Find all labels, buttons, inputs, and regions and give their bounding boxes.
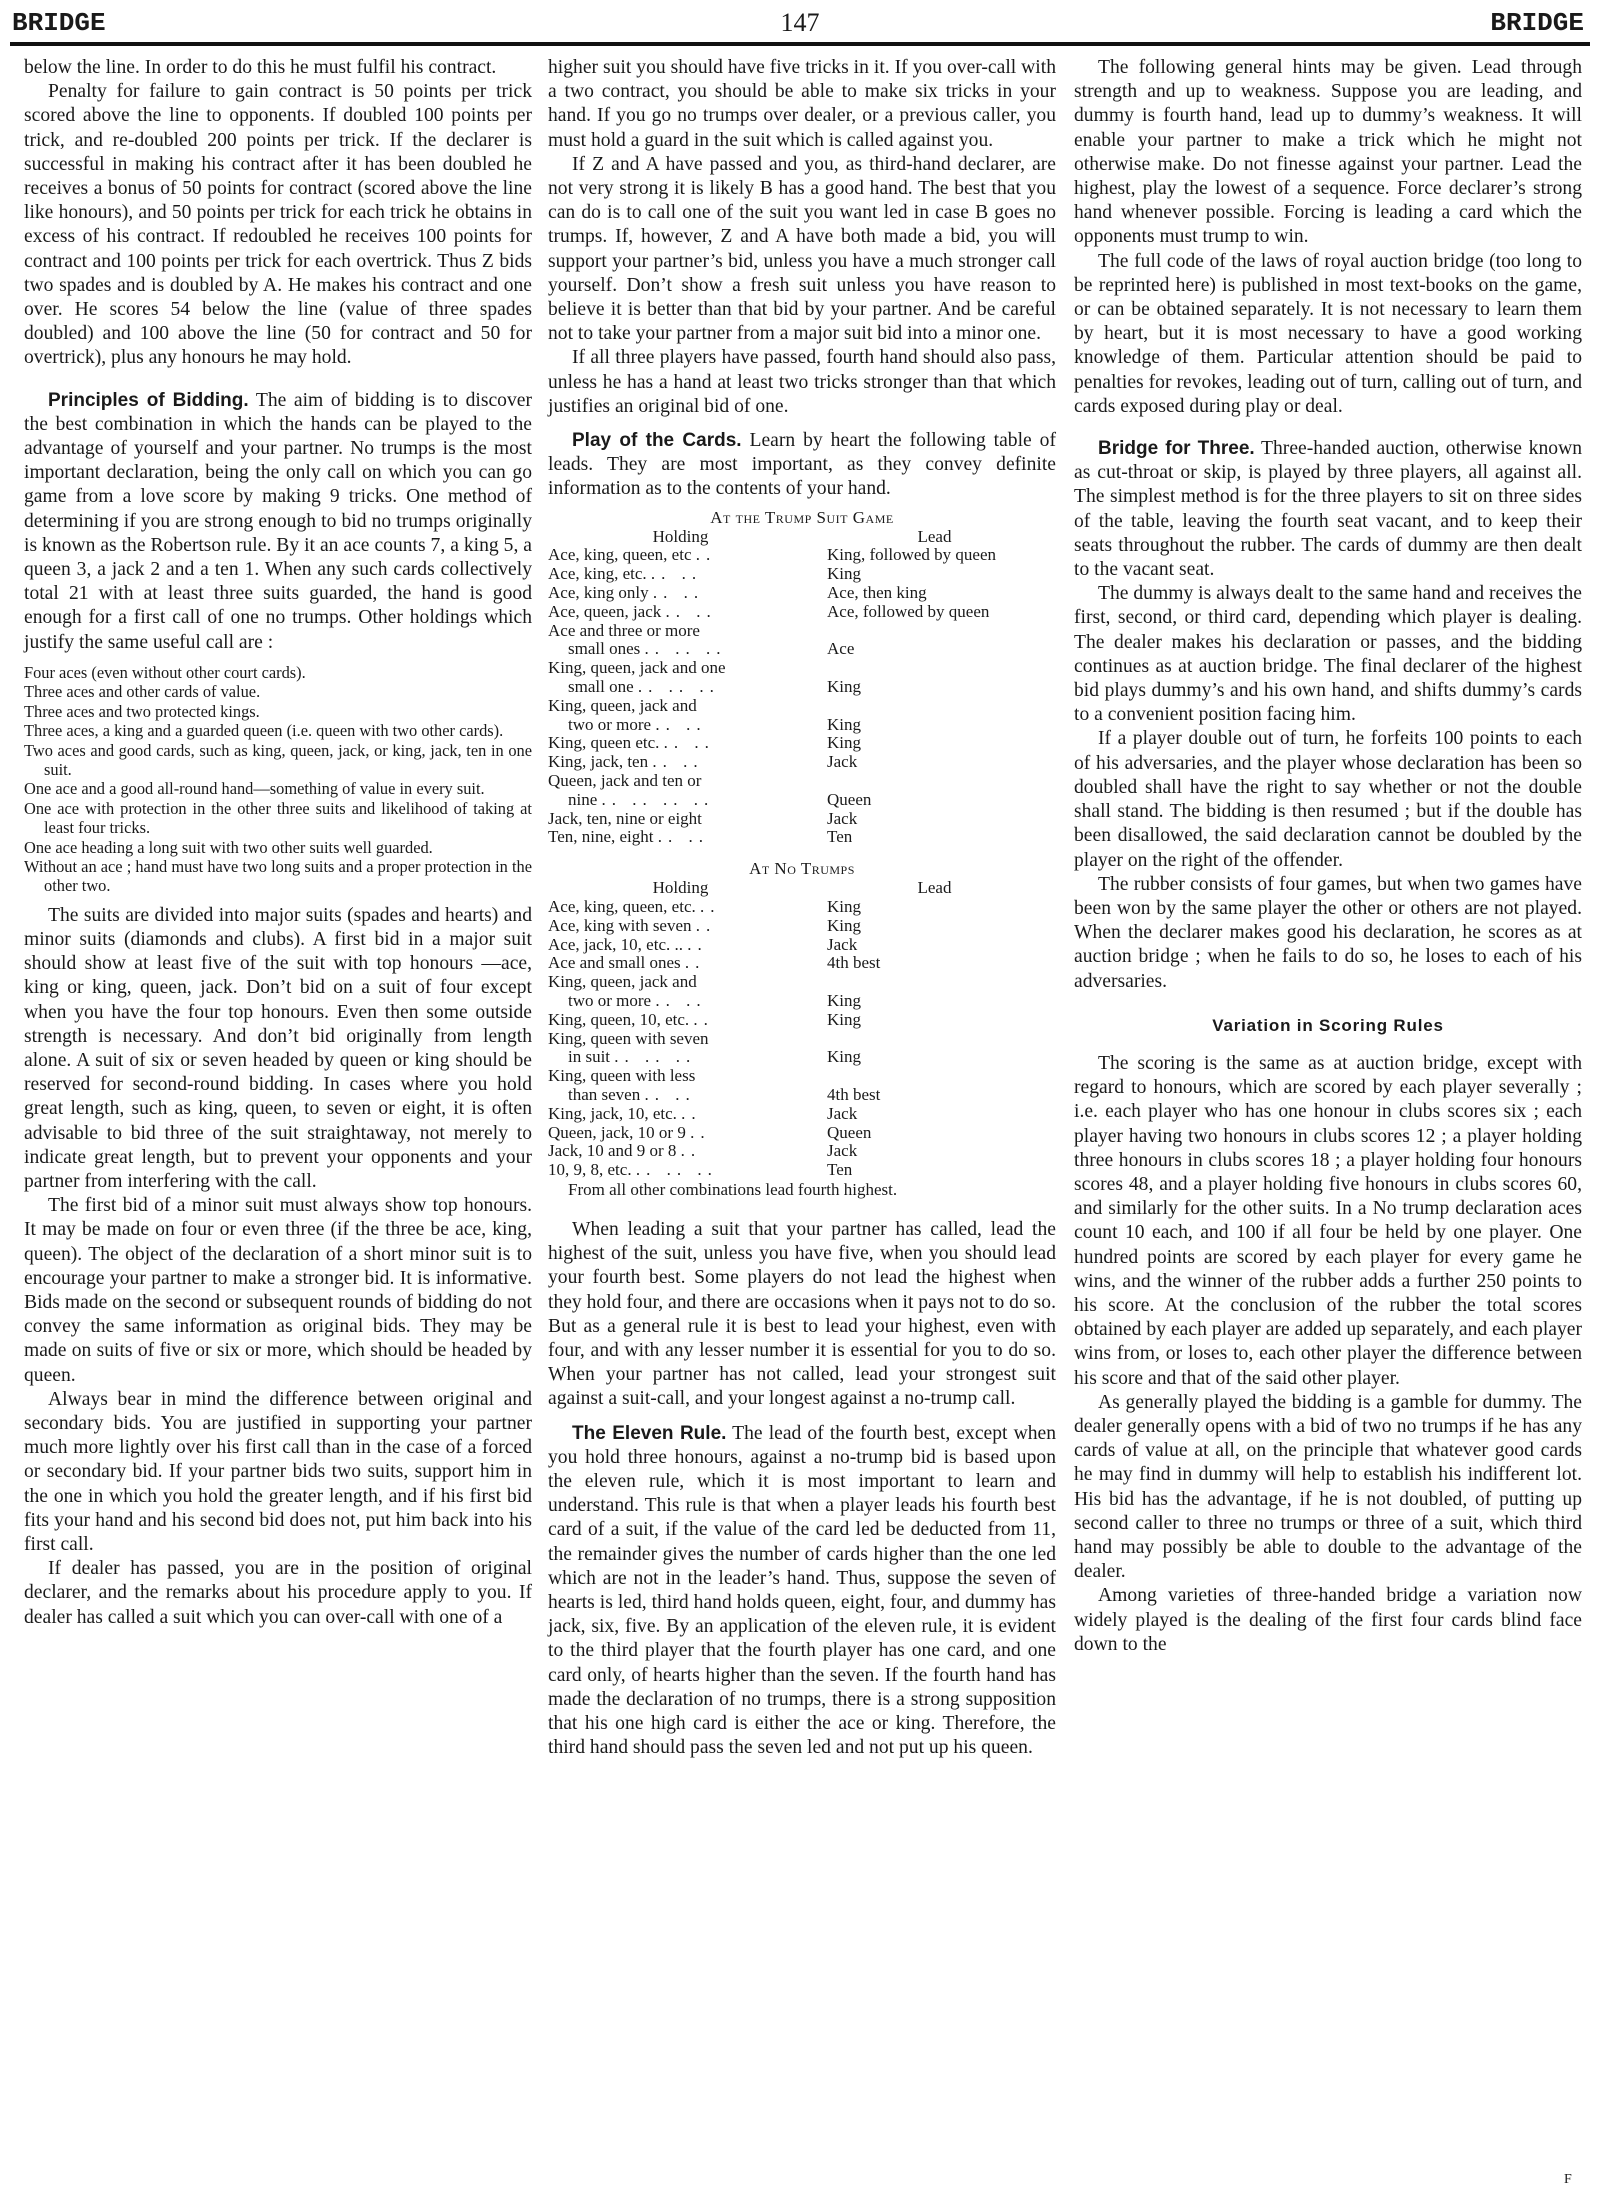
holding-continuation: small ones [548,639,640,658]
column-header-holding: Holding [548,879,813,898]
lead-cell: Ten [813,828,1056,847]
lead-cell: King [813,917,1056,936]
table-row: Ace, queen, jack .. ..Ace, followed by q… [548,603,1056,622]
holding-continuation: in suit [548,1047,610,1066]
lead-cell: Jack [813,936,1056,955]
table-row: King, queen with lessthan seven .. ..4th… [548,1067,1056,1105]
paragraph-minor-suit: The first bid of a minor suit must alway… [24,1194,532,1388]
table-row: King, queen, 10, etc. ..King [548,1011,1056,1030]
holding-cell: Ace, king, queen, etc. [548,897,696,916]
table-row: Jack, ten, nine or eightJack [548,810,1056,829]
paragraph-double-out-of-turn: If a player double out of turn, he forfe… [1074,727,1582,872]
table-row: Ace, king with seven ..King [548,917,1056,936]
section-play-of-the-cards: Play of the Cards. Learn by heart the fo… [548,429,1056,502]
subheading-scoring-rules: Variation in Scoring Rules [1074,1014,1582,1038]
paragraph-scoring: The scoring is the same as at auction br… [1074,1052,1582,1391]
table-row: Ace and three or moresmall ones .. .. ..… [548,622,1056,660]
holding-cell: King, queen, 10, etc. [548,1010,689,1029]
holding-cell: 10, 9, 8, etc. [548,1160,632,1179]
section-heading: Play of the Cards. [572,430,742,451]
paragraph-fourth-hand: If all three players have passed, fourth… [548,346,1056,419]
table-row: King, queen, jack and onesmall one .. ..… [548,659,1056,697]
paragraph-dummy: The dummy is always dealt to the same ha… [1074,582,1582,727]
table-row: King, queen, jack andtwo or more .. ..Ki… [548,697,1056,735]
list-item: Without an ace ; hand must have two long… [24,857,532,896]
table-row: Ace, king, queen, etc ..King, followed b… [548,546,1056,565]
paragraph-penalty: Penalty for failure to gain contract is … [24,80,532,370]
lead-cell: King [813,1011,1056,1030]
paragraph-general-hints: The following general hints may be given… [1074,56,1582,250]
section-eleven-rule: The Eleven Rule. The lead of the fourth … [548,1422,1056,1761]
holding-continuation: small one [548,677,634,696]
section-text: The lead of the fourth best, except when… [548,1423,1056,1759]
table-row: King, queen, jack andtwo or more .. ..Ki… [548,973,1056,1011]
list-item: Three aces and other cards of value. [24,682,532,701]
lead-cell: King [813,973,1056,1011]
holdings-list: Four aces (even without other court card… [24,663,532,896]
holding-cell: Queen, jack and ten or [548,771,701,790]
holding-continuation: nine [548,790,597,809]
lead-cell: King [813,1030,1056,1068]
lead-cell: Jack [813,1142,1056,1161]
paragraph: higher suit you should have five tricks … [548,56,1056,153]
lead-cell: King [813,697,1056,735]
lead-cell: King, followed by queen [813,546,1056,565]
paragraph-laws: The full code of the laws of royal aucti… [1074,250,1582,419]
paragraph-dealer-passed: If dealer has passed, you are in the pos… [24,1557,532,1630]
page-number: 147 [781,8,820,38]
list-item: Three aces and two protected kings. [24,702,532,721]
list-item: Three aces, a king and a guarded queen (… [24,721,532,740]
holding-cell: Jack, 10 and 9 or 8 [548,1141,676,1160]
holding-cell: Queen, jack, 10 or 9 [548,1123,686,1142]
section-bridge-for-three: Bridge for Three. Three-handed auction, … [1074,437,1582,582]
section-text: The aim of bidding is to discover the be… [24,390,532,653]
section-heading: Bridge for Three. [1098,438,1255,459]
table-row: Queen, jack and ten ornine .. .. .. ..Qu… [548,772,1056,810]
column-left: below the line. In order to do this he m… [24,56,532,1630]
lead-cell: Queen [813,772,1056,810]
holding-cell: King, queen with less [548,1066,695,1085]
holding-cell: King, jack, 10, etc. [548,1104,677,1123]
paragraph-third-hand: If Z and A have passed and you, as third… [548,153,1056,347]
lead-cell: Jack [813,1105,1056,1124]
table-caption-no-trumps: At No Trumps [548,859,1056,879]
running-head-right: BRIDGE [1490,8,1584,38]
table-row: King, queen with sevenin suit .. .. ..Ki… [548,1030,1056,1068]
holding-continuation: two or more [548,991,651,1010]
holding-cell: Ace, king, queen, etc [548,545,692,564]
holding-cell: King, queen etc. [548,733,659,752]
column-header-lead: Lead [813,879,1056,898]
table-row: 10, 9, 8, etc. .. .. ..Ten [548,1161,1056,1180]
lead-cell: Ace, followed by queen [813,603,1056,622]
holding-cell: Ace, king, etc. [548,564,647,583]
holding-cell: Ace, king with seven [548,916,692,935]
list-item: Two aces and good cards, such as king, q… [24,741,532,780]
holding-cell: King, jack, ten [548,752,648,771]
column-middle: higher suit you should have five tricks … [548,56,1056,1760]
holding-cell: King, queen, jack and [548,696,697,715]
no-trump-leads-table: Holding Lead Ace, king, queen, etc. ..Ki… [548,879,1056,1180]
table-row: Queen, jack, 10 or 9 ..Queen [548,1124,1056,1143]
holding-cell: Ten, nine, eight [548,827,654,846]
table-header-row: Holding Lead [548,528,1056,547]
holding-continuation: two or more [548,715,651,734]
table-footnote: From all other combinations lead fourth … [548,1180,1056,1200]
section-text: Three-handed auction, otherwise known as… [1074,438,1582,580]
header-rule [10,42,1590,46]
column-header-holding: Holding [548,528,813,547]
table-caption-trump: At the Trump Suit Game [548,508,1056,528]
table-row: Jack, 10 and 9 or 8 ..Jack [548,1142,1056,1161]
running-head-left: BRIDGE [12,8,106,38]
table-row: King, jack, 10, etc. ..Jack [548,1105,1056,1124]
lead-cell: Ten [813,1161,1056,1180]
lead-cell: 4th best [813,954,1056,973]
lead-cell: King [813,659,1056,697]
table-row: Ten, nine, eight .. ..Ten [548,828,1056,847]
paragraph-gamble: As generally played the bidding is a gam… [1074,1391,1582,1585]
paragraph-varieties: Among varieties of three-handed bridge a… [1074,1584,1582,1657]
column-right: The following general hints may be given… [1074,56,1582,1657]
table-row: Ace, king, etc. .. ..King [548,565,1056,584]
table-row: Ace, jack, 10, etc. .. ..Jack [548,936,1056,955]
holding-cell: Ace, king only [548,583,649,602]
holding-cell: Jack, ten, nine or eight [548,809,702,828]
holding-cell: King, queen, jack and one [548,658,726,677]
lead-cell: Jack [813,810,1056,829]
table-row: Ace, king only .. ..Ace, then king [548,584,1056,603]
trump-leads-table: Holding Lead Ace, king, queen, etc ..Kin… [548,528,1056,848]
section-heading: The Eleven Rule. [572,1423,726,1444]
column-header-lead: Lead [813,528,1056,547]
lead-cell: King [813,898,1056,917]
table-row: Ace and small ones ..4th best [548,954,1056,973]
paragraph-leading-partner-suit: When leading a suit that your partner ha… [548,1218,1056,1412]
paragraph-suits: The suits are divided into major suits (… [24,904,532,1194]
holding-cell: King, queen with seven [548,1029,709,1048]
table-header-row: Holding Lead [548,879,1056,898]
section-heading: Principles of Bidding. [48,390,249,411]
list-item: One ace heading a long suit with two oth… [24,838,532,857]
list-item: One ace and a good all-round hand—someth… [24,779,532,798]
list-item: One ace with protection in the other thr… [24,799,532,838]
lead-cell: Queen [813,1124,1056,1143]
table-row: King, jack, ten .. ..Jack [548,753,1056,772]
holding-cell: Ace, jack, 10, etc. .. [548,935,683,954]
holding-cell: Ace and small ones [548,953,681,972]
holding-cell: King, queen, jack and [548,972,697,991]
lead-cell: Ace, then king [813,584,1056,603]
holding-cell: Ace, queen, jack [548,602,661,621]
lead-cell: King [813,565,1056,584]
table-row: Ace, king, queen, etc. ..King [548,898,1056,917]
paragraph: below the line. In order to do this he m… [24,56,532,80]
list-item: Four aces (even without other court card… [24,663,532,682]
lead-cell: 4th best [813,1067,1056,1105]
running-header: BRIDGE 147 BRIDGE [10,6,1590,42]
paragraph-rubber: The rubber consists of four games, but w… [1074,873,1582,994]
lead-cell: King [813,734,1056,753]
lead-cell: Ace [813,622,1056,660]
lead-cell: Jack [813,753,1056,772]
signature-mark: F [1564,2172,1572,2188]
holding-cell: Ace and three or more [548,621,700,640]
section-principles-of-bidding: Principles of Bidding. The aim of biddin… [24,389,532,655]
holding-continuation: than seven [548,1085,640,1104]
table-row: King, queen etc. .. ..King [548,734,1056,753]
paragraph-original-secondary: Always bear in mind the difference betwe… [24,1388,532,1557]
